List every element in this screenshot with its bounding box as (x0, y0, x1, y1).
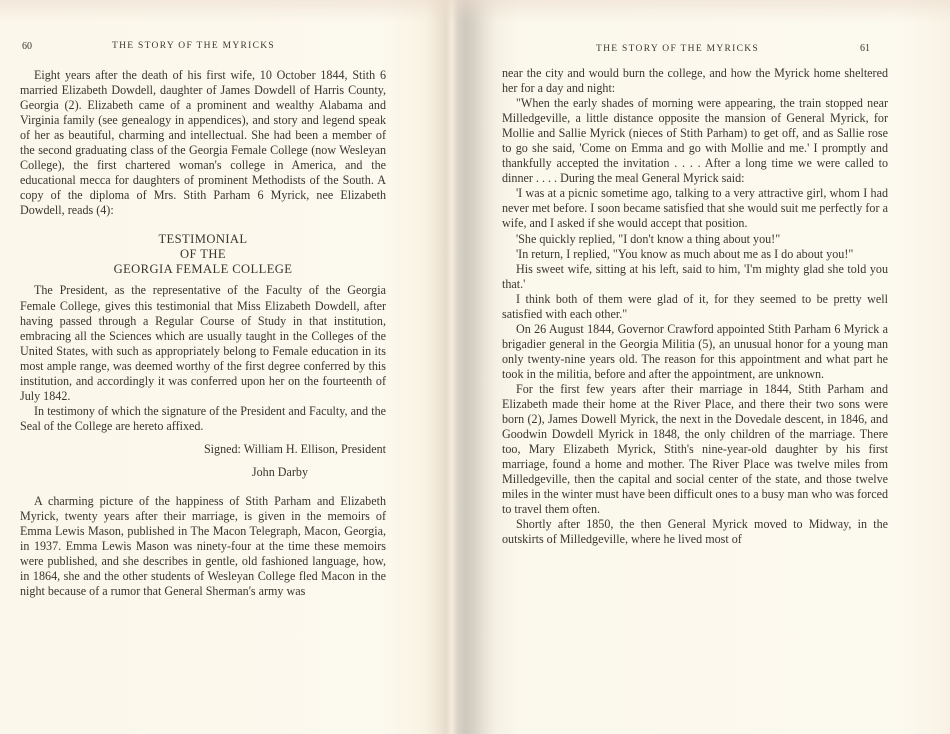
paragraph-militia: On 26 August 1844, Governor Crawford app… (502, 322, 888, 382)
paragraph-quote-return: 'In return, I replied, "You know as much… (502, 247, 888, 262)
left-text-column: Eight years after the death of his first… (20, 68, 386, 599)
left-page: 60 THE STORY OF THE MYRICKS Eight years … (0, 0, 440, 734)
paragraph-river-place: For the first few years after their marr… (502, 382, 888, 517)
diploma-text: The President, as the representative of … (20, 283, 386, 403)
paragraph-marriage: Eight years after the death of his first… (20, 68, 386, 218)
diploma-heading: TESTIMONIAL OF THE GEORGIA FEMALE COLLEG… (20, 232, 386, 277)
diploma-heading-line3: GEORGIA FEMALE COLLEGE (20, 262, 386, 277)
running-head-right: THE STORY OF THE MYRICKS (596, 44, 759, 54)
signature-president: Signed: William H. Ellison, President (20, 442, 386, 457)
running-head-left: THE STORY OF THE MYRICKS (112, 41, 275, 51)
right-page: THE STORY OF THE MYRICKS 61 near the cit… (496, 0, 950, 734)
diploma-heading-line1: TESTIMONIAL (20, 232, 386, 247)
paragraph-continuation: near the city and would burn the college… (502, 66, 888, 96)
paragraph-quote-wife: His sweet wife, sitting at his left, sai… (502, 262, 888, 292)
paragraph-quote-reply: 'She quickly replied, "I don't know a th… (502, 232, 888, 247)
paragraph-midway: Shortly after 1850, the then General Myr… (502, 517, 888, 547)
paragraph-quote-end: I think both of them were glad of it, fo… (502, 292, 888, 322)
diploma-heading-line2: OF THE (20, 247, 386, 262)
page-number-left: 60 (22, 41, 32, 52)
right-text-column: near the city and would burn the college… (502, 66, 888, 548)
diploma-attestation: In testimony of which the signature of t… (20, 404, 386, 434)
page-number-right: 61 (860, 43, 870, 54)
signature-second: John Darby (20, 465, 386, 480)
paragraph-quote-picnic: 'I was at a picnic sometime ago, talking… (502, 186, 888, 231)
paragraph-quote-morning: "When the early shades of morning were a… (502, 96, 888, 186)
paragraph-memoirs: A charming picture of the happiness of S… (20, 494, 386, 599)
